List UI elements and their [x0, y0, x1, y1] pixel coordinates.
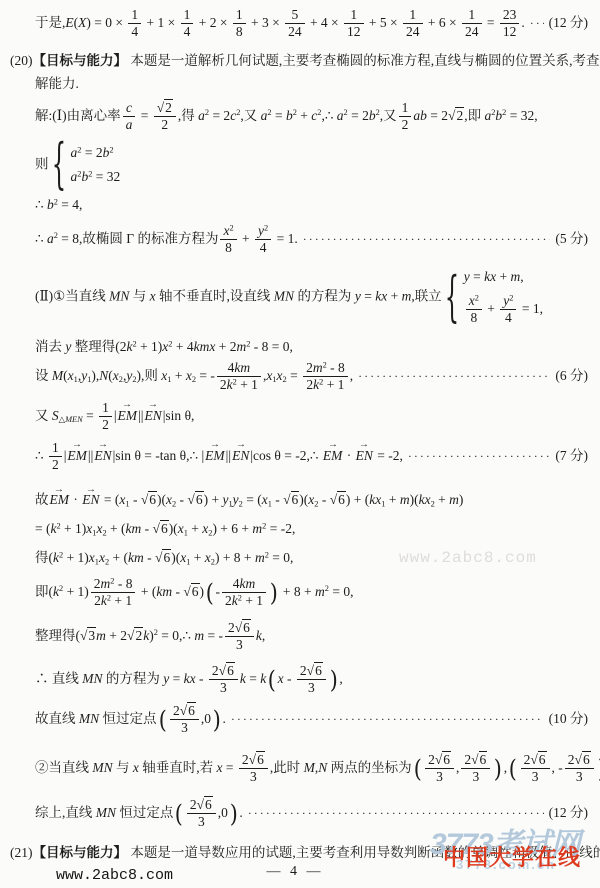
formula: 设 M(x1,y1),N(x2,y2),则 x1 + x2 = -4km2k2 … [35, 361, 353, 392]
watermark-overlay: 中国大学在线 [443, 841, 581, 872]
math-line-lianli: (Ⅱ)①当直线 MN 与 x 轴不垂直时,设直线 MN 的方程为 y = kx … [35, 270, 543, 325]
dot-leader: ········································… [303, 232, 551, 247]
site-url: www.2abc8.com [56, 867, 173, 884]
score-badge: (10 分) [549, 711, 588, 728]
math-line-simplify: 整理得(√3m + 2√2k)2 = 0,∴ m = -2√63k, [35, 621, 265, 652]
math-line-expand2: = (k2 + 1)x1x2 + (km - √6)(x1 + x2) + 6 … [35, 521, 295, 538]
dot-leader: ········································… [358, 369, 550, 384]
math-line-area: 又 S△MEN = 12|→EM||→EN|sin θ, [35, 401, 194, 432]
exam-solution-page: 于是,E(X) = 0 × 14 + 1 × 14 + 2 × 18 + 3 ×… [0, 0, 600, 888]
formula: 故直线 MN 恒过定点(2√63,0). [35, 704, 226, 735]
math-line-quadratic: 消去 y 整理得(2k2 + 1)x2 + 4kmx + 2m2 - 8 = 0… [35, 339, 293, 356]
math-line-fixed-point: 故直线 MN 恒过定点(2√63,0). ···················… [35, 704, 588, 735]
score-badge: (6 分) [555, 368, 588, 385]
problem20-header-cont: 解能力. [35, 76, 79, 93]
math-line-expand1: 故→EM · →EN = (x1 - √6)(x2 - √6) + y1y2 =… [35, 492, 463, 509]
math-line-b2: ∴ b2 = 4, [35, 197, 82, 214]
score-badge: (12 分) [549, 15, 588, 32]
formula: ∴ a2 = 8,故椭圆 Γ 的标准方程为x28 + y24 = 1. [35, 224, 298, 255]
math-line-system: 则{a2 = 2b2a2b2 = 32 [35, 146, 120, 185]
math-line-substitute: 即(k2 + 1)2m2 - 82k2 + 1 + (km - √6)( -4k… [35, 577, 353, 608]
math-line-mn-equation: ∴ 直线 MN 的方程为 y = kx - 2√63k = k(x - 2√63… [35, 664, 343, 695]
math-line-expectation: 于是,E(X) = 0 × 14 + 1 × 14 + 2 × 18 + 3 ×… [35, 8, 588, 39]
dot-leader: ········································… [231, 712, 544, 727]
math-line-eccentricity: 解:(Ⅰ)由离心率ca = √22,得 a2 = 2c2,又 a2 = b2 +… [35, 101, 538, 132]
score-badge: (7 分) [555, 448, 588, 465]
page-number: — 4 — [250, 864, 340, 880]
dot-leader: ········································… [408, 449, 551, 464]
math-line-ellipse-eq: ∴ a2 = 8,故椭圆 Γ 的标准方程为x28 + y24 = 1. ····… [35, 224, 588, 255]
formula: ∴ 12|→EM||→EN|sin θ = -tan θ,∴ |→EM||→EN… [35, 441, 403, 472]
watermark-center-url: www.2abc8.com [399, 549, 537, 567]
problem20-header: (20)【目标与能力】 本题是一道解析几何试题,主要考查椭圆的标准方程,直线与椭… [10, 53, 600, 70]
formula: 综上,直线 MN 恒过定点(2√63,0). [35, 798, 243, 829]
math-line-dotproduct: ∴ 12|→EM||→EN|sin θ = -tan θ,∴ |→EM||→EN… [35, 441, 588, 472]
math-line-expand3: 得(k2 + 1)x1x2 + (km - √6)(x1 + x2) + 8 +… [35, 550, 293, 567]
math-line-vertical-case: ②当直线 MN 与 x 轴垂直时,若 x = 2√63,此时 M,N 两点的坐标… [35, 753, 600, 784]
formula: 于是,E(X) = 0 × 14 + 1 × 14 + 2 × 18 + 3 ×… [35, 8, 525, 39]
dot-leader: ········································… [530, 16, 544, 31]
score-badge: (5 分) [555, 231, 588, 248]
math-line-vieta: 设 M(x1,y1),N(x2,y2),则 x1 + x2 = -4km2k2 … [35, 361, 588, 392]
